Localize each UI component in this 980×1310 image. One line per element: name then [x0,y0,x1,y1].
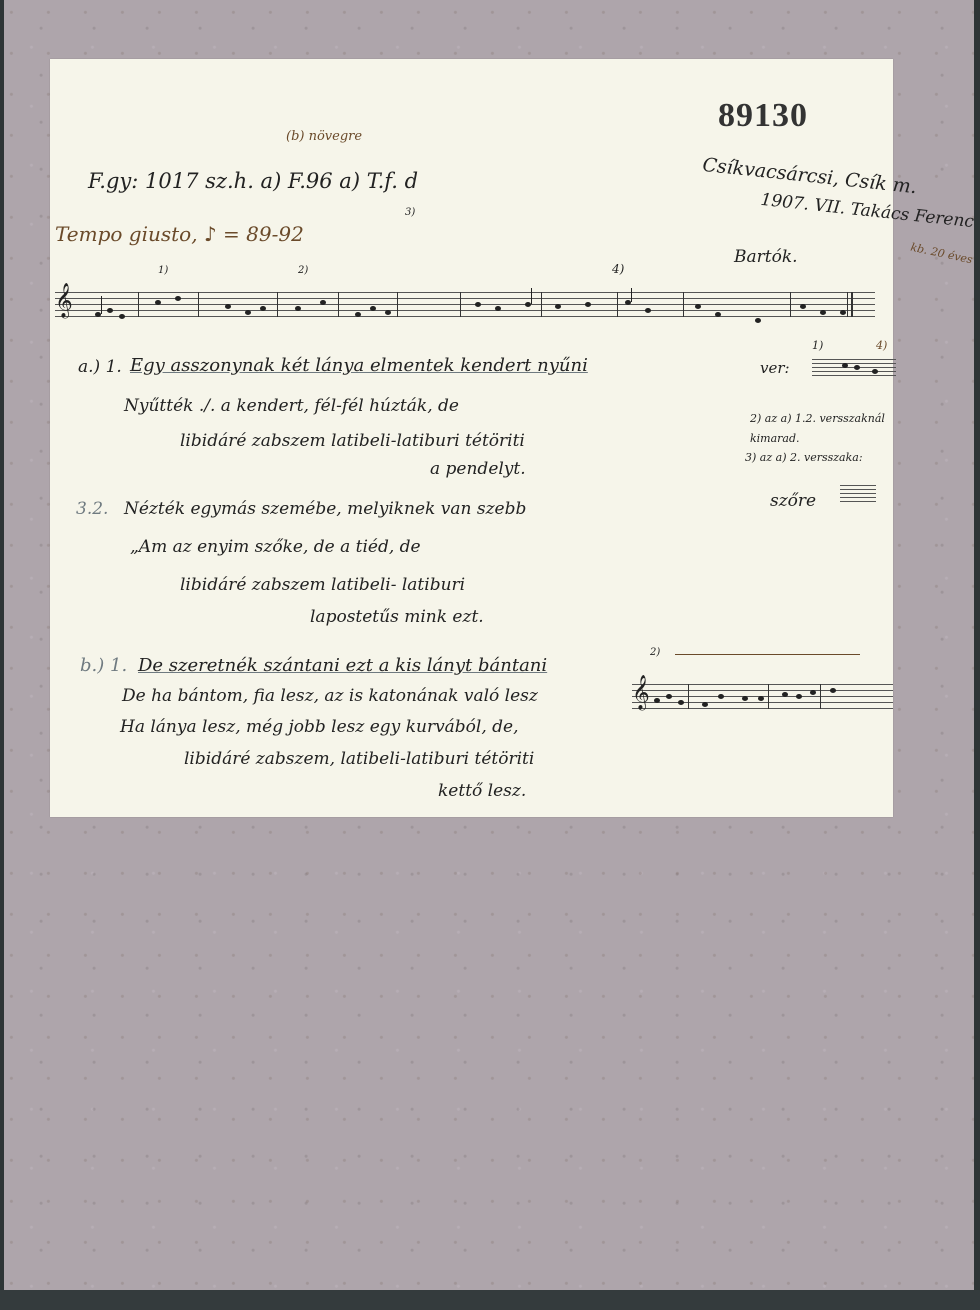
manuscript-card: 89130 (b) növegre F.gy: 1017 sz.h. a) F.… [50,59,893,817]
stanza-a-line-3: libidáré zabszem latibeli-latiburi tétör… [180,431,525,451]
variant-note-1-marker: 1) [812,339,823,352]
variant-staff [812,359,896,376]
stanza-a-line-4: a pendelyt. [430,459,526,479]
header-annotation: (b) növegre [286,129,362,144]
catalog-reference: F.gy: 1017 sz.h. a) F.96 a) T.f. d [88,169,418,193]
archive-stamp-number: 89130 [718,97,808,135]
variant-note-2: 2) az a) 1.2. versszaknál kimarad. [750,409,910,449]
stanza-3-line-4: lapostetűs mink ezt. [310,607,484,627]
stanza-b-line-1: De szeretnék szántani ezt a kis lányt bá… [138,655,547,676]
stanza-a-label: a.) 1. [78,357,122,377]
continuation-line [675,654,860,655]
variant-label: ver: [760,359,790,377]
tempo-marking: Tempo giusto, ♪ = 89-92 [55,222,304,246]
stanza-3-label: 3.2. [76,499,108,519]
stanza-a-line-1: Egy asszonynak két lánya elmentek kender… [130,355,588,376]
stanza-b-line-2: De ha bántom, fia lesz, az is katonának … [122,686,538,706]
stanza-b-label: b.) 1. [80,655,127,676]
staff-marker-4: 4) [612,262,624,276]
collector-signature: Bartók. [734,247,798,267]
stanza-b-line-5: kettő lesz. [438,781,526,801]
stanza-3-line-3: libidáré zabszem latibeli- latiburi [180,575,465,595]
stanza-b-line-3: Ha lánya lesz, még jobb lesz egy kurvábó… [120,717,519,737]
stanza-b-line-4: libidáré zabszem, latibeli-latiburi tétö… [184,749,534,769]
staff-marker-1: 1) [158,265,168,276]
variant-note-3: 3) az a) 2. versszaka: [745,451,863,464]
treble-clef-icon: 𝄞 [632,678,650,708]
treble-clef-icon: 𝄞 [55,286,73,316]
second-melody-staff: 𝄞 [632,684,893,709]
stanza-3-line-1: Nézték egymás szemébe, melyiknek van sze… [124,499,526,519]
scan-edge [0,1290,980,1310]
stanza-3-line-2: „Am az enyim szőke, de a tiéd, de [130,537,421,557]
staff-marker-3: 3) [405,207,415,218]
melody-staff: 𝄞 [55,292,875,317]
second-staff-marker: 2) [650,647,660,658]
variant-word-szore: szőre [770,491,816,511]
variant-note-4-marker: 4) [876,339,887,352]
stanza-a-line-2: Nyűtték ./. a kendert, fél-fél húzták, d… [124,396,459,416]
variant-3-staff [840,485,876,502]
staff-marker-2: 2) [298,265,308,276]
collection-place: Csíkvacsárcsi, Csík m. [701,154,917,198]
